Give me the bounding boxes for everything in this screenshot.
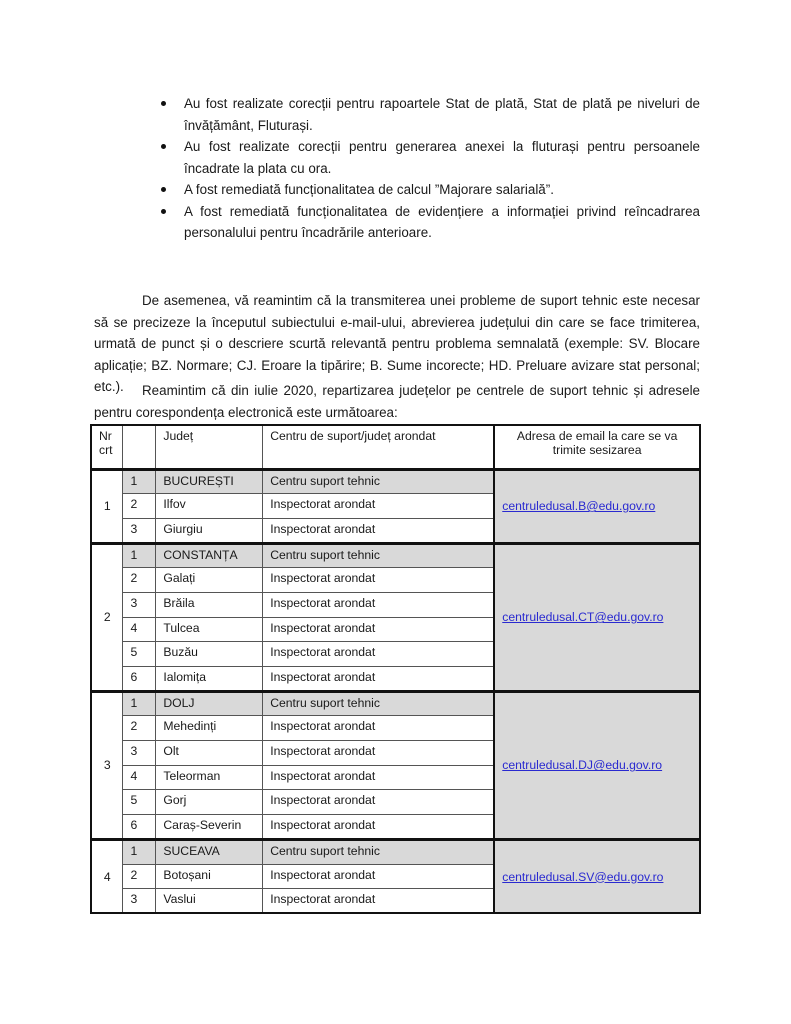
table-row: 21CONSTANȚACentru suport tehniccentruled… <box>91 543 700 568</box>
email-link[interactable]: centruledusal.SV@edu.gov.ro <box>502 870 663 884</box>
centru-cell: Inspectorat arondat <box>263 716 495 741</box>
centru-cell: Inspectorat arondat <box>263 592 495 617</box>
centru-cell: Inspectorat arondat <box>263 790 495 815</box>
centru-cell: Inspectorat arondat <box>263 642 495 667</box>
row-index: 2 <box>123 716 156 741</box>
row-index: 5 <box>123 642 156 667</box>
email-cell: centruledusal.CT@edu.gov.ro <box>494 543 700 691</box>
row-index: 1 <box>123 691 156 716</box>
table-row: 31DOLJCentru suport tehniccentruledusal.… <box>91 691 700 716</box>
row-index: 1 <box>123 469 156 494</box>
email-cell: centruledusal.SV@edu.gov.ro <box>494 839 700 913</box>
centru-cell: Inspectorat arondat <box>263 494 495 519</box>
centru-cell: Inspectorat arondat <box>263 518 495 543</box>
centru-cell: Inspectorat arondat <box>263 741 495 766</box>
group-number: 3 <box>91 691 123 839</box>
judet-cell: Giurgiu <box>156 518 263 543</box>
bullet-item: Au fost realizate corecții pentru genera… <box>150 136 700 179</box>
centru-cell: Inspectorat arondat <box>263 568 495 593</box>
judet-cell: Ilfov <box>156 494 263 519</box>
header-nr-crt: Nr crt <box>91 425 123 469</box>
bullet-item: A fost remediată funcționalitatea de evi… <box>150 201 700 244</box>
row-index: 3 <box>123 741 156 766</box>
judet-cell: DOLJ <box>156 691 263 716</box>
centru-cell: Centru suport tehnic <box>263 543 495 568</box>
judet-cell: Buzău <box>156 642 263 667</box>
judet-cell: Tulcea <box>156 617 263 642</box>
paragraph-distribution: Reamintim că din iulie 2020, repartizare… <box>94 380 700 423</box>
judet-cell: Gorj <box>156 790 263 815</box>
centru-cell: Inspectorat arondat <box>263 617 495 642</box>
email-cell: centruledusal.DJ@edu.gov.ro <box>494 691 700 839</box>
group-number: 4 <box>91 839 123 913</box>
email-link[interactable]: centruledusal.CT@edu.gov.ro <box>502 610 663 624</box>
judet-cell: Olt <box>156 741 263 766</box>
judet-cell: Mehedinți <box>156 716 263 741</box>
judet-cell: Caraș-Severin <box>156 815 263 840</box>
centru-cell: Inspectorat arondat <box>263 889 495 914</box>
centru-cell: Inspectorat arondat <box>263 815 495 840</box>
row-index: 1 <box>123 543 156 568</box>
row-index: 2 <box>123 568 156 593</box>
row-index: 4 <box>123 617 156 642</box>
row-index: 4 <box>123 765 156 790</box>
header-centru: Centru de suport/județ arondat <box>263 425 495 469</box>
group-number: 1 <box>91 469 123 543</box>
centru-cell: Inspectorat arondat <box>263 667 495 692</box>
row-index: 3 <box>123 518 156 543</box>
row-index: 2 <box>123 494 156 519</box>
row-index: 3 <box>123 889 156 914</box>
table-body: 11BUCUREȘTICentru suport tehniccentruled… <box>91 469 700 913</box>
judet-cell: SUCEAVA <box>156 839 263 864</box>
row-index: 1 <box>123 839 156 864</box>
paragraph-text: Reamintim că din iulie 2020, repartizare… <box>94 383 700 420</box>
centru-cell: Inspectorat arondat <box>263 765 495 790</box>
header-index <box>123 425 156 469</box>
row-index: 3 <box>123 592 156 617</box>
judet-cell: BUCUREȘTI <box>156 469 263 494</box>
table-row: 41SUCEAVACentru suport tehniccentruledus… <box>91 839 700 864</box>
row-index: 6 <box>123 815 156 840</box>
support-centers-table: Nr crt Județ Centru de suport/județ aron… <box>90 424 701 914</box>
judet-cell: Botoșani <box>156 864 263 889</box>
email-link[interactable]: centruledusal.DJ@edu.gov.ro <box>502 758 662 772</box>
email-cell: centruledusal.B@edu.gov.ro <box>494 469 700 543</box>
bullet-item: Au fost realizate corecții pentru rapoar… <box>150 93 700 136</box>
judet-cell: Ialomița <box>156 667 263 692</box>
judet-cell: Brăila <box>156 592 263 617</box>
judet-cell: Vaslui <box>156 889 263 914</box>
group-number: 2 <box>91 543 123 691</box>
row-index: 6 <box>123 667 156 692</box>
row-index: 2 <box>123 864 156 889</box>
judet-cell: Teleorman <box>156 765 263 790</box>
judet-cell: Galați <box>156 568 263 593</box>
bullet-list: Au fost realizate corecții pentru rapoar… <box>150 93 700 244</box>
centru-cell: Centru suport tehnic <box>263 691 495 716</box>
header-judet: Județ <box>156 425 263 469</box>
centru-cell: Centru suport tehnic <box>263 839 495 864</box>
paragraph-text: De asemenea, vă reamintim că la transmit… <box>94 293 700 394</box>
table-row: 11BUCUREȘTICentru suport tehniccentruled… <box>91 469 700 494</box>
centru-cell: Centru suport tehnic <box>263 469 495 494</box>
header-email: Adresa de email la care se va trimite se… <box>494 425 700 469</box>
table-header-row: Nr crt Județ Centru de suport/județ aron… <box>91 425 700 469</box>
centru-cell: Inspectorat arondat <box>263 864 495 889</box>
judet-cell: CONSTANȚA <box>156 543 263 568</box>
bullet-item: A fost remediată funcționalitatea de cal… <box>150 179 700 201</box>
email-link[interactable]: centruledusal.B@edu.gov.ro <box>502 499 655 513</box>
row-index: 5 <box>123 790 156 815</box>
